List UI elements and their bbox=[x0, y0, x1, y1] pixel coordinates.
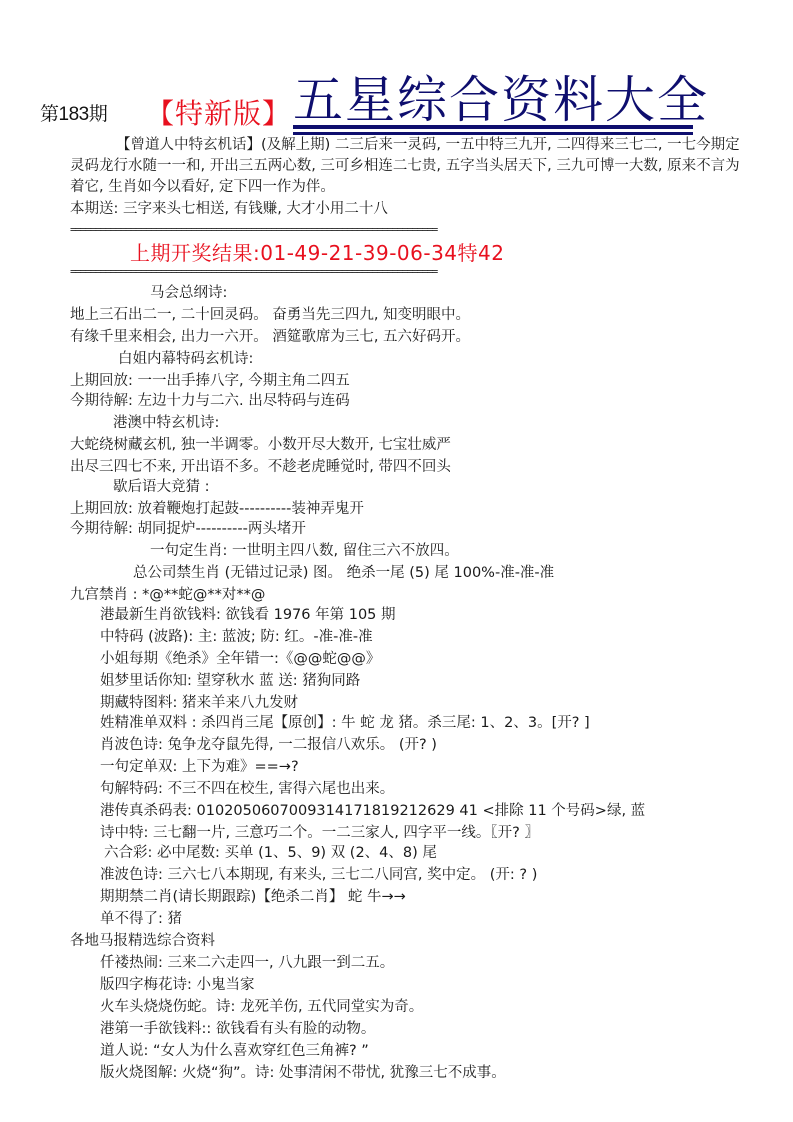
intro-paragraph: 【曾道人中特玄机话】(及解上期) 二三后来一灵码, 一五中特三九开, 二四得来三… bbox=[70, 135, 750, 198]
content-line: 上期回放: 放着鞭炮打起鼓----------装神弄鬼开 bbox=[70, 499, 364, 519]
content-line: 道人说: “女人为什么喜欢穿红色三角裤? ” bbox=[100, 1041, 369, 1061]
content-line: 白姐内幕特码玄机诗: bbox=[118, 349, 253, 369]
content-line: 出尽三四七不来, 开出语不多。不趁老虎睡觉时, 带四不回头 bbox=[70, 457, 451, 477]
content-line: 版火烧图解: 火烧“狗”。诗: 处事清闲不带忧, 犹豫三七不成事。 bbox=[100, 1063, 506, 1083]
content-line: 马会总纲诗: bbox=[150, 283, 227, 303]
content-line: 肖波色诗: 兔争龙夺鼠先得, 一二报信八欢乐。 (开? ) bbox=[100, 735, 437, 755]
content-line: 今期待解: 胡同捉炉----------两头堵开 bbox=[70, 519, 306, 539]
content-line: 火车头烧烧伤蛇。诗: 龙死羊伤, 五代同堂实为奇。 bbox=[100, 997, 423, 1017]
content-line: 六合彩: 必中尾数: 买单 (1、5、9) 双 (2、4、8) 尾 bbox=[104, 843, 437, 863]
content-line: 句解特码: 不三不四在校生, 害得六尾也出来。 bbox=[100, 779, 394, 799]
content-line: 单不得了: 猪 bbox=[100, 909, 182, 929]
content-line: 准波色诗: 三六七八本期现, 有来头, 三七二八同宫, 奖中定。 (开: ? ) bbox=[100, 865, 537, 885]
content-line: 有缘千里来相会, 出力一六开。 酒筵歌席为三七, 五六好码开。 bbox=[70, 327, 470, 347]
content-line: 各地马报精选综合资料 bbox=[70, 931, 215, 951]
content-line: 姓精准单双料 : 杀四肖三尾【原创】: 牛 蛇 龙 猪。杀三尾: 1、2、3。[… bbox=[100, 713, 590, 733]
content-line: 上期回放: 一一出手捧八字, 今期主角二四五 bbox=[70, 371, 350, 391]
content-line: 小姐每期《绝杀》全年错一:《@@蛇@@》 bbox=[100, 649, 380, 669]
content-line: 歇后语大竞猜 : bbox=[113, 477, 210, 497]
content-line: 港第一手欲钱料:: 欲钱看有头有脸的动物。 bbox=[100, 1019, 375, 1039]
content-line: 地上三石出二一, 二十回灵码。 奋勇当先三四九, 知变明眼中。 bbox=[70, 305, 470, 325]
content-line: 今期待解: 左边十力与二六. 出尽特码与连码 bbox=[70, 391, 350, 411]
separator-bottom: ========================================… bbox=[70, 266, 437, 278]
content-line: 中特码 (波路): 主: 蓝波; 防: 红。-准-准-准 bbox=[100, 627, 373, 647]
content-line: 港澳中特玄机诗: bbox=[113, 413, 219, 433]
content-line: 版四字梅花诗: 小鬼当家 bbox=[100, 975, 255, 995]
title-underline bbox=[293, 125, 693, 129]
edition-label: 【特新版】 bbox=[146, 92, 291, 132]
content-line: 一句定单双: 上下为难》==→? bbox=[100, 757, 299, 777]
content-line: 总公司禁生肖 (无错过记录) 图。 绝杀一尾 (5) 尾 100%-准-准-准 bbox=[133, 563, 554, 583]
intro-gift-line: 本期送: 三字来头七相送, 有钱赚, 大才小用二十八 bbox=[70, 199, 388, 219]
content-line: 诗中特: 三七翻一片, 三意巧二个。一二三家人, 四字平一线。〖开? 〗 bbox=[100, 823, 539, 843]
last-result-label: 上期开奖结果: bbox=[130, 241, 260, 265]
issue-number: 第183期 bbox=[40, 99, 107, 126]
content-line: 一句定生肖: 一世明主四八数, 留住三六不放四。 bbox=[150, 541, 459, 561]
content-line: 港传真杀码表: 0102050607009314171819212629 41 … bbox=[100, 801, 645, 821]
content-line: 大蛇绕树藏玄机, 独一半调零。小数开尽大数开, 七宝壮威严 bbox=[70, 435, 451, 455]
last-result-numbers: 01-49-21-39-06-34特42 bbox=[260, 241, 504, 265]
separator-top: ========================================… bbox=[70, 224, 437, 236]
last-result: 上期开奖结果:01-49-21-39-06-34特42 bbox=[130, 237, 504, 266]
content-line: 期期禁二肖(请长期跟踪)【绝杀二肖】 蛇 牛→→ bbox=[100, 887, 406, 907]
content-line: 期藏特图料: 猪来羊来八九发财 bbox=[100, 693, 298, 713]
content-line: 仟褛热闹: 三来二六走四一, 八九跟一到二五。 bbox=[100, 953, 394, 973]
content-line: 港最新生肖欲钱料: 欲钱看 1976 年第 105 期 bbox=[100, 605, 396, 625]
content-line: 姐梦里话你知: 望穿秋水 蓝 送: 猪狗同路 bbox=[100, 671, 360, 691]
content-line: 九宫禁肖 : *@**蛇@**对**@ bbox=[70, 585, 265, 605]
page-title: 五星综合资料大全 bbox=[293, 72, 709, 128]
